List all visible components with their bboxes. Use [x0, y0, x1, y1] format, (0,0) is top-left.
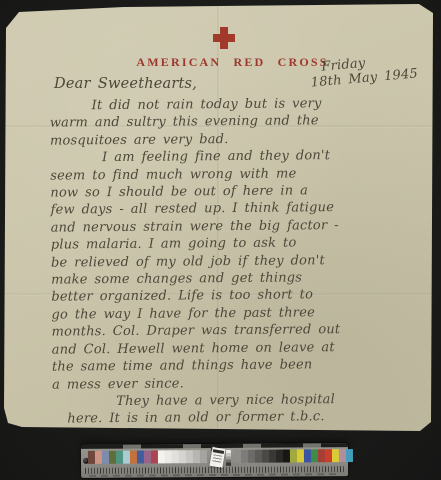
mini-gray-wedge [226, 450, 231, 466]
color-patches-left [88, 450, 158, 463]
gray-scale-dark-steps [234, 449, 290, 462]
target-label-card [209, 447, 225, 468]
scanned-letter-view: AMERICAN RED CROSS Friday 18th May 1945 … [0, 0, 441, 480]
gray-scale-light-steps [158, 450, 207, 463]
red-cross-icon [212, 26, 236, 50]
handwritten-line: here. It is in an old or former t.b.c. [52, 408, 416, 429]
color-patch-row [88, 449, 353, 464]
ruler-fine-print [89, 473, 340, 477]
salutation: Dear Sweethearts, [54, 76, 197, 92]
letter-page: AMERICAN RED CROSS Friday 18th May 1945 … [4, 4, 433, 432]
calibration-ruler [81, 443, 348, 478]
letter-body: It did not rain today but is very warm a… [50, 94, 417, 428]
color-patches-right [290, 449, 353, 462]
